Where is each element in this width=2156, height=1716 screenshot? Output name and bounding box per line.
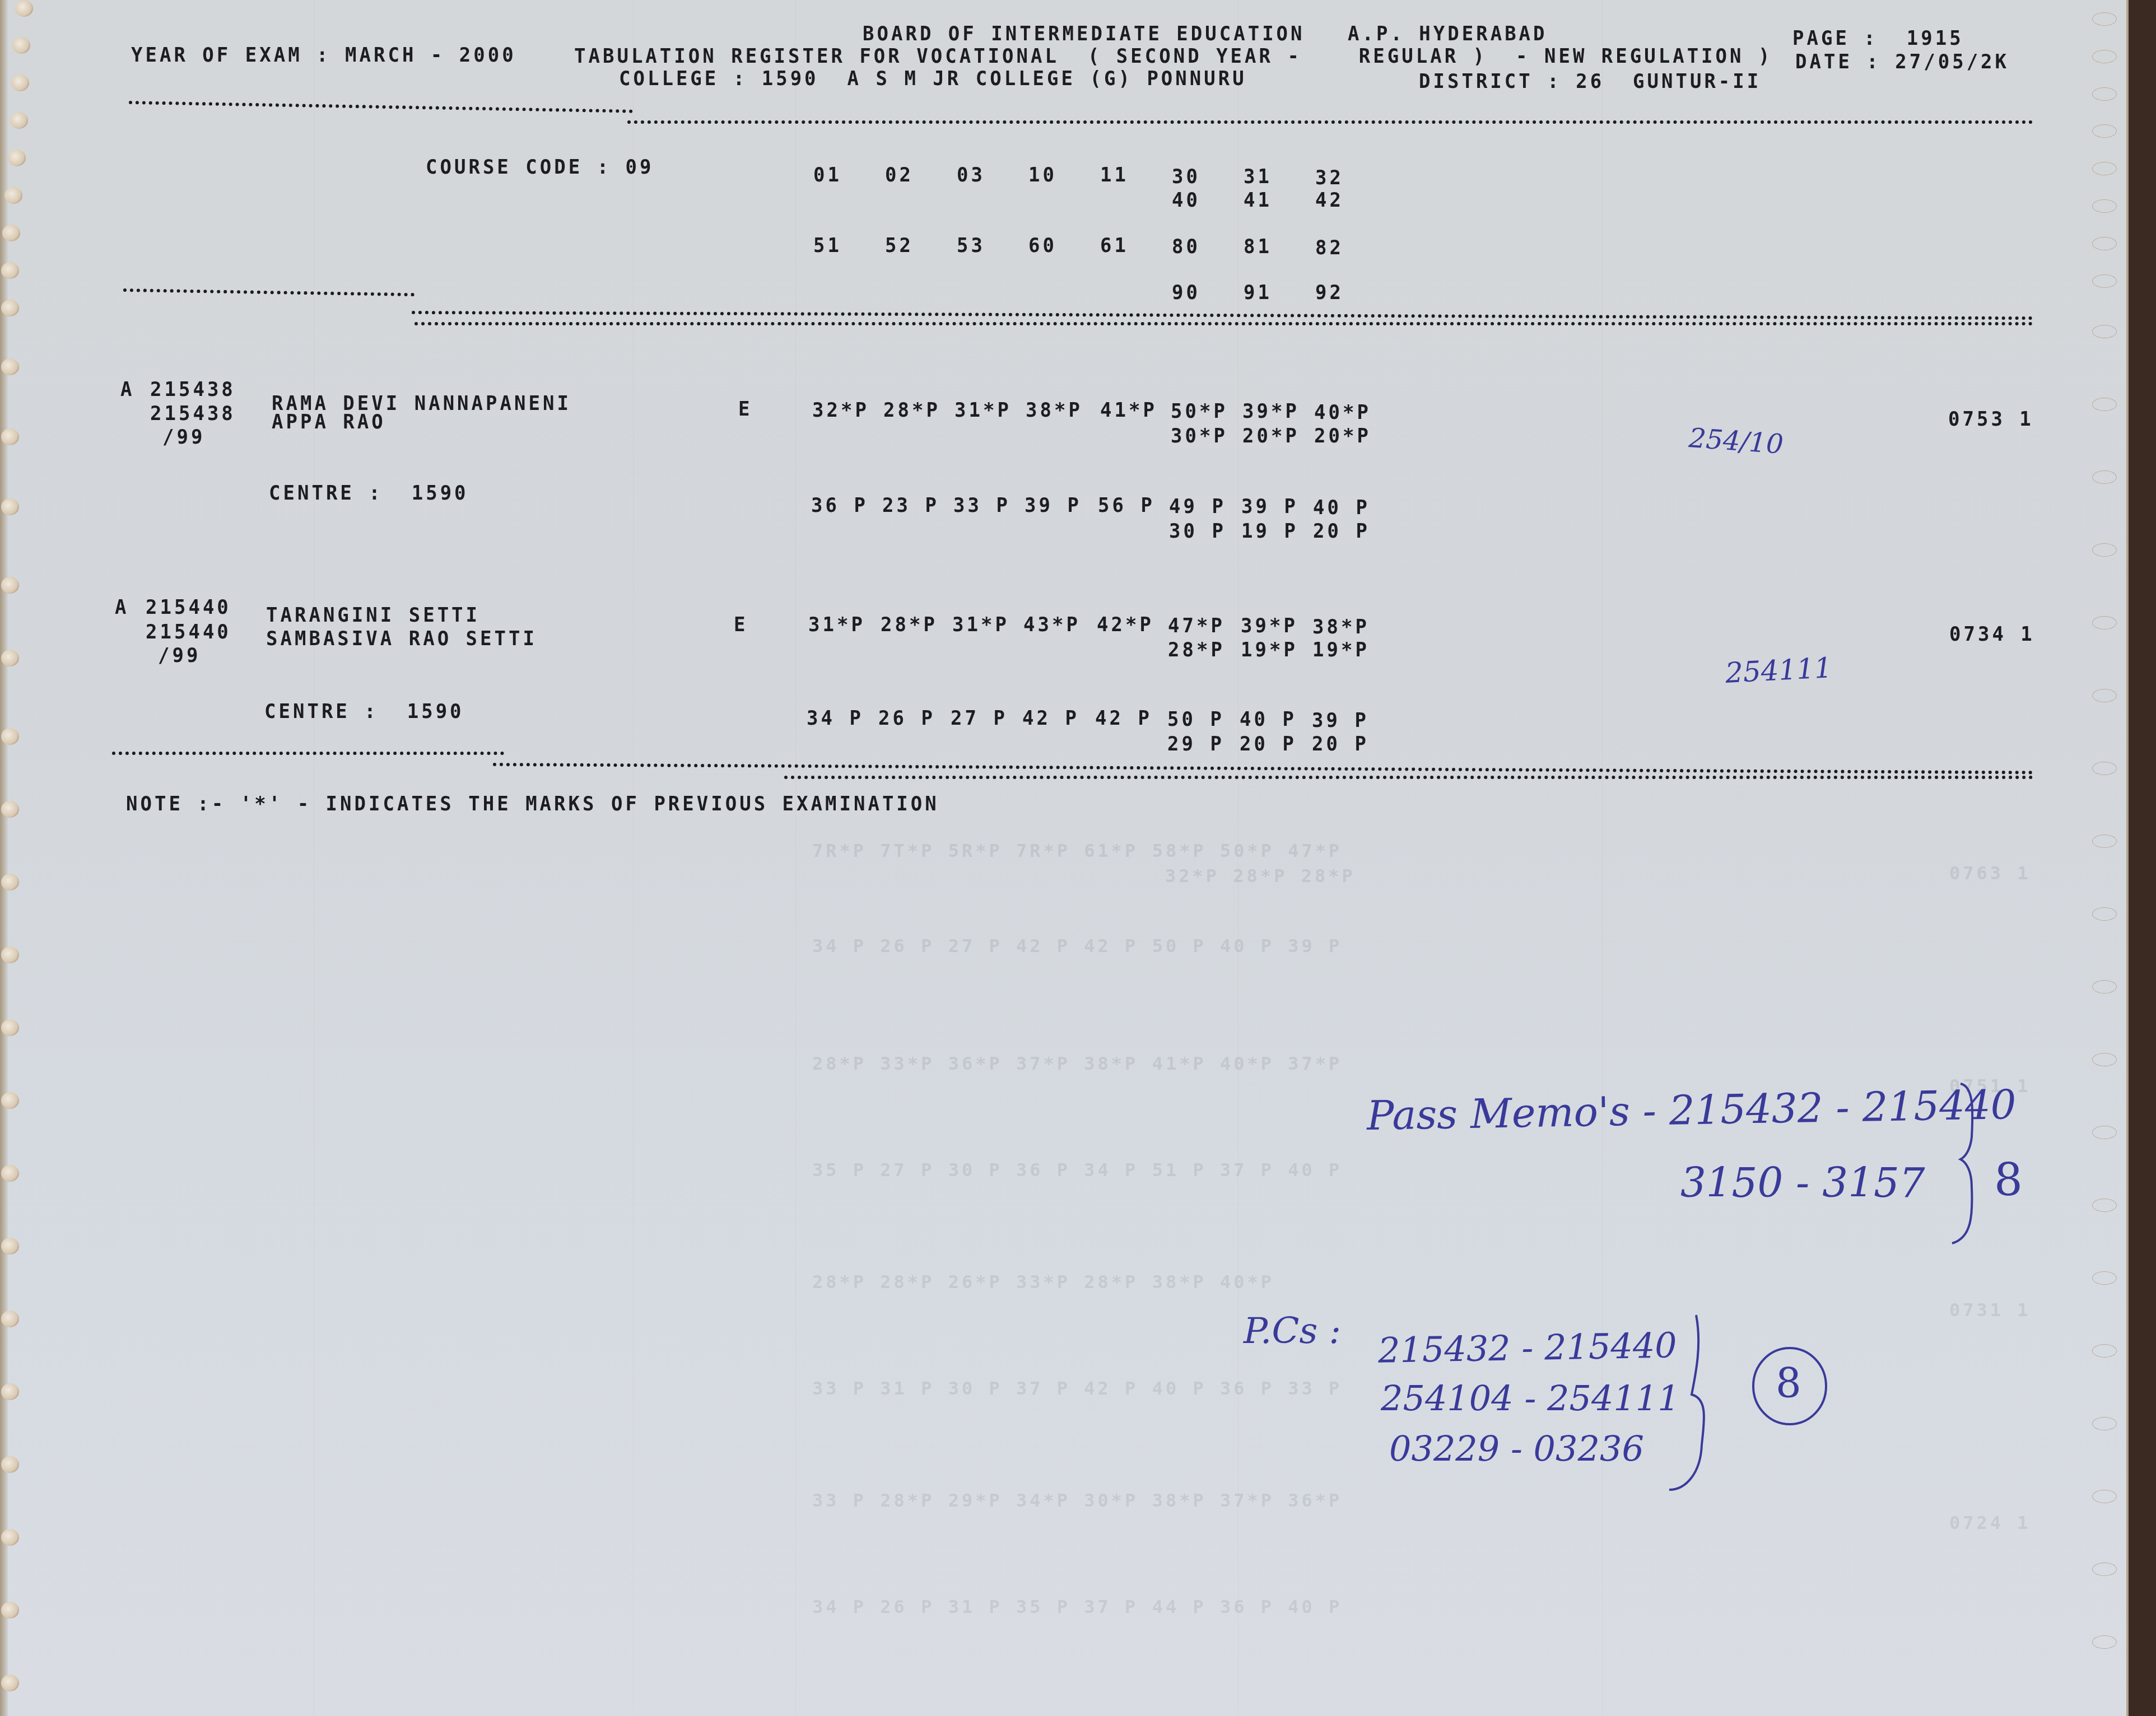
register-title: TABULATION REGISTER FOR VOCATIONAL ( SEC…: [574, 44, 1772, 68]
dotted-divider: [129, 101, 633, 113]
year-suffix: /99: [158, 643, 201, 667]
mark-cell: 41*P: [1100, 398, 1157, 422]
mark-cell: 27 P: [951, 706, 1008, 730]
mark-cell: 40 P: [1313, 496, 1370, 519]
subject-code: 61: [1100, 234, 1129, 257]
subject-code: 32: [1315, 166, 1344, 189]
total-result: 0734 1: [1949, 622, 2035, 646]
feed-hole-icon: [1, 1456, 19, 1473]
feed-hole-icon: [1, 1019, 19, 1036]
feed-hole-icon: [1, 1092, 19, 1109]
feed-hole-icon: [2092, 1271, 2117, 1285]
subject-code: 81: [1244, 235, 1272, 258]
mark-cell: 39*P: [1242, 399, 1300, 423]
pcs-range-1: 215432 - 215440: [1377, 1325, 1677, 1370]
board-title: BOARD OF INTERMEDIATE EDUCATION A.P. HYD…: [863, 22, 1548, 45]
mark-cell: 19*P: [1241, 638, 1298, 661]
feed-hole-icon: [2092, 543, 2117, 557]
feed-hole-icon: [1, 1529, 19, 1546]
mark-cell: 47*P: [1168, 614, 1225, 637]
dotted-divider: [415, 322, 2033, 325]
college-line: COLLEGE : 1590 A S M JR COLLEGE (G) PONN…: [619, 67, 1247, 90]
mark-cell: 28*P: [883, 398, 940, 422]
mark-cell: 50 P: [1167, 707, 1224, 731]
mark-cell: 20 P: [1240, 732, 1297, 756]
feed-hole-icon: [2092, 237, 2117, 250]
feed-hole-icon: [1, 1165, 19, 1182]
subject-code: 10: [1028, 163, 1057, 186]
hall-ticket-number: 215438: [150, 377, 236, 401]
mark-cell: 36 P: [811, 493, 868, 517]
feed-hole-icon: [2092, 1490, 2117, 1503]
feed-hole-icon: [1, 1311, 19, 1327]
subject-code: 40: [1172, 188, 1200, 212]
feed-hole-icon: [2092, 980, 2117, 994]
pcs-range-2: 254104 - 254111: [1381, 1378, 1680, 1419]
mark-cell: 39 P: [1312, 708, 1369, 732]
feed-hole-icon: [1, 300, 19, 316]
mark-cell: 38*P: [1312, 615, 1370, 638]
subject-code: 41: [1244, 188, 1272, 212]
mark-cell: 28*P: [881, 613, 938, 636]
subject-code: 03: [957, 163, 985, 186]
mark-cell: 19*P: [1312, 638, 1370, 661]
feed-hole-icon: [1, 650, 19, 666]
feed-hole-icon: [2092, 1199, 2117, 1212]
mark-cell: 40 P: [1240, 707, 1297, 731]
subject-code: 80: [1172, 235, 1200, 258]
curly-brace-icon: [1949, 1081, 1994, 1255]
centre: CENTRE : 1590: [269, 481, 469, 505]
pcs-range-3: 03229 - 03236: [1389, 1428, 1644, 1469]
centre: CENTRE : 1590: [264, 700, 464, 723]
mark-cell: 42 P: [1095, 706, 1152, 730]
feed-hole-icon: [2092, 398, 2117, 411]
feed-hole-icon: [2092, 12, 2117, 26]
dotted-divider: [784, 776, 2033, 779]
subject-code: 92: [1315, 281, 1344, 304]
feed-hole-icon: [2092, 1563, 2117, 1576]
total-result: 0753 1: [1948, 407, 2034, 431]
mark-cell: 33 P: [953, 493, 1011, 517]
feed-hole-icon: [2092, 1053, 2117, 1066]
subject-code: 31: [1244, 165, 1272, 188]
mark-cell: 31*P: [808, 613, 865, 636]
pcs-count: 8: [1776, 1360, 1801, 1407]
print-date: DATE : 27/05/2K: [1795, 50, 2009, 73]
feed-hole-icon: [1, 577, 19, 594]
page-number: PAGE : 1915: [1792, 26, 1964, 50]
feed-hole-icon: [2092, 1417, 2117, 1430]
mark-cell: 19 P: [1241, 519, 1298, 543]
subject-code: 42: [1315, 188, 1344, 212]
mark-cell: 28*P: [1168, 638, 1225, 661]
feed-hole-icon: [2092, 162, 2117, 175]
feed-hole-icon: [2, 225, 20, 241]
mark-cell: 31*P: [952, 613, 1009, 636]
medium: E: [734, 613, 748, 636]
subject-code: 02: [885, 163, 914, 186]
mark-cell: 49 P: [1169, 495, 1226, 518]
record-prefix: A: [115, 595, 129, 619]
paper-right-edge: [2126, 0, 2129, 1716]
feed-hole-icon: [2092, 834, 2117, 848]
mark-cell: 42*P: [1097, 613, 1154, 636]
handwritten-serial: 254/10: [1688, 422, 1784, 460]
mark-cell: 39*P: [1241, 614, 1298, 637]
handwritten-serial: 254111: [1725, 651, 1833, 689]
course-code-label: COURSE CODE : 09: [426, 155, 654, 179]
feed-hole-icon: [2092, 689, 2117, 702]
feed-hole-icon: [2092, 50, 2117, 63]
mark-cell: 20 P: [1313, 519, 1370, 543]
subject-code: 52: [885, 234, 914, 257]
feed-hole-icon: [1, 1383, 19, 1400]
mark-cell: 29 P: [1167, 732, 1224, 756]
feed-hole-icon: [1, 1602, 19, 1619]
pass-memo-count: 8: [1994, 1154, 2023, 1206]
dotted-divider: [123, 288, 415, 296]
subject-code: 11: [1100, 163, 1129, 186]
subject-code: 53: [957, 234, 985, 257]
year-of-exam: YEAR OF EXAM : MARCH - 2000: [131, 43, 516, 67]
feed-hole-icon: [2092, 1126, 2117, 1139]
pass-memo-line-1: Pass Memo's - 215432 - 215440: [1366, 1081, 2017, 1139]
curly-brace-icon: [1652, 1311, 1720, 1495]
dotted-divider: [112, 752, 504, 755]
feed-hole-icon: [1, 498, 19, 515]
feed-hole-icon: [1, 946, 19, 963]
mark-cell: 39 P: [1241, 495, 1298, 518]
student-name: TARANGINI SETTI: [266, 603, 480, 627]
mark-cell: 30 P: [1169, 519, 1226, 543]
roll-number: 215438: [150, 402, 236, 425]
subject-code: 91: [1244, 281, 1272, 304]
subject-code: 60: [1028, 234, 1057, 257]
mark-cell: 32*P: [812, 398, 869, 422]
dotted-divider: [627, 120, 2033, 124]
father-name: SAMBASIVA RAO SETTI: [266, 627, 537, 650]
feed-hole-icon: [2092, 199, 2117, 213]
feed-hole-icon: [8, 150, 26, 166]
dotted-divider: [412, 311, 2033, 320]
feed-hole-icon: [4, 187, 22, 204]
mark-cell: 26 P: [878, 706, 935, 730]
feed-hole-icon: [11, 74, 29, 91]
feed-hole-icon: [15, 0, 33, 17]
feed-hole-icon: [2092, 1344, 2117, 1358]
feed-hole-icon: [2092, 87, 2117, 101]
feed-hole-icon: [2092, 124, 2117, 138]
feed-hole-icon: [1, 801, 19, 818]
mark-cell: 20*P: [1242, 424, 1300, 447]
subject-code: 30: [1172, 165, 1200, 188]
feed-hole-icon: [1, 874, 19, 890]
feed-hole-icon: [2092, 274, 2117, 288]
subject-code: 51: [813, 234, 842, 257]
mark-cell: 20 P: [1312, 732, 1369, 756]
mark-cell: 56 P: [1098, 493, 1155, 517]
pass-memo-line-2: 3150 - 3157: [1680, 1159, 1925, 1206]
feed-hole-icon: [2092, 325, 2117, 338]
mark-cell: 31*P: [954, 398, 1012, 422]
feed-hole-icon: [1, 358, 19, 375]
record-prefix: A: [120, 377, 134, 401]
mark-cell: 30*P: [1171, 424, 1228, 447]
feed-hole-icon: [2092, 762, 2117, 775]
feed-hole-icon: [12, 37, 30, 54]
mark-cell: 40*P: [1314, 400, 1371, 424]
mark-cell: 20*P: [1314, 424, 1371, 447]
mark-cell: 39 P: [1025, 493, 1082, 517]
roll-number: 215440: [146, 620, 231, 643]
feed-hole-icon: [2092, 907, 2117, 921]
mark-cell: 50*P: [1171, 399, 1228, 423]
district-line: DISTRICT : 26 GUNTUR-II: [1419, 69, 1761, 93]
medium: E: [738, 397, 752, 421]
subject-code: 82: [1315, 236, 1344, 259]
mark-cell: 43*P: [1023, 613, 1081, 636]
dotted-divider: [493, 763, 2033, 774]
hall-ticket-number: 215440: [146, 595, 231, 619]
subject-code: 01: [813, 163, 842, 186]
feed-hole-icon: [2092, 1635, 2117, 1649]
mark-cell: 38*P: [1026, 398, 1083, 422]
father-name: APPA RAO: [272, 410, 386, 433]
feed-hole-icon: [1, 728, 19, 745]
mark-cell: 23 P: [882, 493, 939, 517]
mark-cell: 34 P: [807, 706, 864, 730]
feed-hole-icon: [1, 262, 19, 279]
feed-hole-icon: [1, 1238, 19, 1255]
feed-hole-icon: [2092, 616, 2117, 629]
mark-cell: 42 P: [1022, 706, 1079, 730]
tabulation-register-page: YEAR OF EXAM : MARCH - 2000 BOARD OF INT…: [0, 0, 2129, 1716]
subject-code: 90: [1172, 281, 1200, 304]
feed-hole-icon: [1, 428, 19, 445]
feed-hole-icon: [1, 1675, 19, 1691]
pcs-label: P.Cs :: [1244, 1311, 1341, 1352]
feed-hole-icon: [2092, 470, 2117, 484]
feed-hole-icon: [10, 112, 28, 129]
footnote: NOTE :- '*' - INDICATES THE MARKS OF PRE…: [126, 792, 939, 815]
year-suffix: /99: [162, 425, 205, 449]
